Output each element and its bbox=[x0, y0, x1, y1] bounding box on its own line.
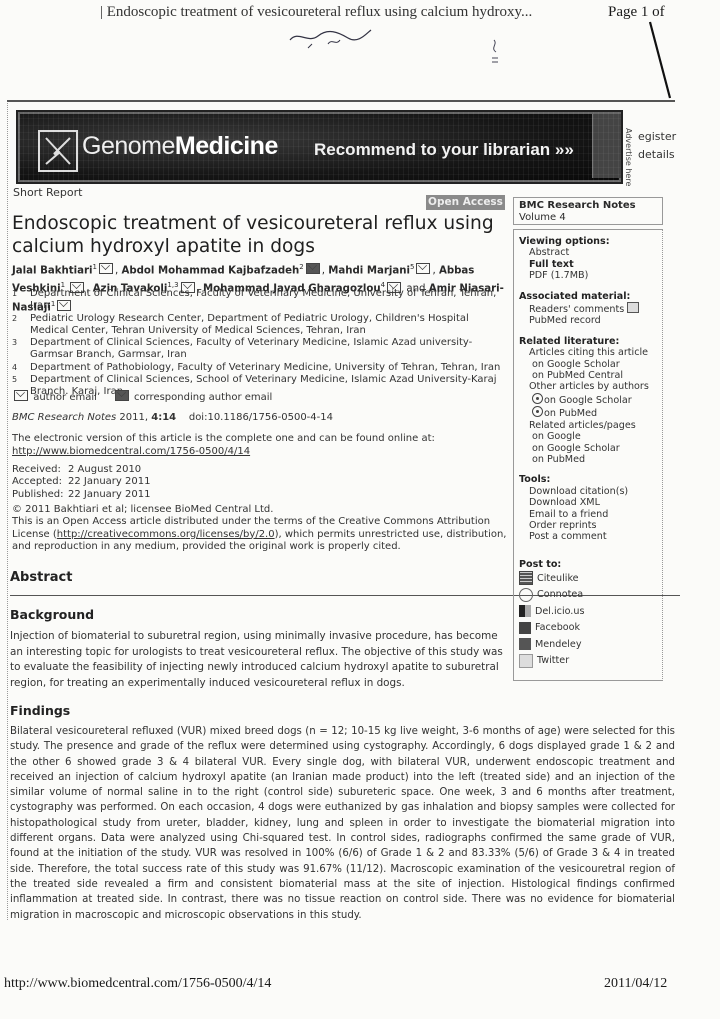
background-heading: Background bbox=[10, 607, 94, 622]
post-to-heading: Post to: bbox=[519, 559, 657, 570]
handwritten-slash bbox=[648, 20, 672, 100]
post-citeulike[interactable]: Citeulike bbox=[519, 570, 657, 587]
post-connotea[interactable]: Connotea bbox=[519, 587, 657, 604]
post-facebook[interactable]: Facebook bbox=[519, 620, 657, 637]
expand-circle-icon bbox=[532, 393, 543, 404]
other-articles-label: Other articles by authors bbox=[519, 381, 657, 392]
affiliation-list: 1Department of Clinical Sciences, Facult… bbox=[12, 288, 507, 399]
article-dates: Received:2 August 2010 Accepted:22 Janua… bbox=[12, 464, 150, 501]
post-comment-link[interactable]: Post a comment bbox=[519, 531, 657, 542]
related-google-scholar-link[interactable]: on Google Scholar bbox=[519, 443, 657, 454]
author-name[interactable]: Jalal Bakhtiari bbox=[12, 265, 93, 276]
abstract-heading: Abstract bbox=[10, 570, 72, 585]
post-twitter[interactable]: Twitter bbox=[519, 653, 657, 670]
viewing-options-heading: Viewing options: bbox=[519, 236, 657, 247]
citing-pmc-link[interactable]: on PubMed Central bbox=[519, 370, 657, 381]
advertise-here-label[interactable]: Advertise here bbox=[624, 128, 633, 186]
genome-medicine-logo-icon bbox=[38, 130, 78, 172]
facebook-icon bbox=[519, 622, 531, 634]
citeulike-icon bbox=[519, 571, 533, 585]
print-header: | Endoscopic treatment of vesicoureteral… bbox=[0, 4, 720, 26]
findings-text: Bilateral vesicoureteral refluxed (VUR) … bbox=[10, 724, 675, 923]
twitter-icon bbox=[519, 654, 533, 668]
authors-pubmed-link[interactable]: on PubMed bbox=[519, 406, 657, 419]
top-rule bbox=[7, 100, 675, 102]
post-mendeley[interactable]: Mendeley bbox=[519, 636, 657, 653]
author-email-icon[interactable] bbox=[99, 263, 113, 274]
affiliation-item: 2Pediatric Urology Research Center, Depa… bbox=[12, 313, 507, 338]
doi: doi:10.1186/1756-0500-4-14 bbox=[189, 412, 333, 423]
tools-heading: Tools: bbox=[519, 474, 657, 485]
related-pubmed-link[interactable]: on PubMed bbox=[519, 454, 657, 465]
findings-heading: Findings bbox=[10, 703, 70, 718]
print-header-page: Page 1 of bbox=[608, 4, 665, 21]
side-links: egister details bbox=[638, 128, 676, 164]
related-literature-heading: Related literature: bbox=[519, 336, 657, 347]
electronic-version-note: The electronic version of this article i… bbox=[12, 433, 435, 458]
author-email-icon[interactable] bbox=[416, 263, 430, 274]
email-friend-link[interactable]: Email to a friend bbox=[519, 509, 657, 520]
author-name[interactable]: Abdol Mohammad Kajbafzadeh bbox=[121, 265, 299, 276]
print-header-title: | Endoscopic treatment of vesicoureteral… bbox=[100, 4, 532, 21]
affiliation-item: 1Department of Clinical Sciences, Facult… bbox=[12, 288, 507, 313]
comment-icon bbox=[627, 302, 639, 313]
citing-google-scholar-link[interactable]: on Google Scholar bbox=[519, 359, 657, 370]
print-footer-date: 2011/04/12 bbox=[604, 976, 667, 992]
related-pages-label: Related articles/pages bbox=[519, 420, 657, 431]
author-name[interactable]: Mahdi Marjani bbox=[328, 265, 410, 276]
print-footer-url: http://www.biomedcentral.com/1756-0500/4… bbox=[4, 976, 271, 992]
register-link[interactable]: egister bbox=[638, 128, 676, 146]
author-email-icon bbox=[14, 390, 28, 401]
corresponding-email-icon[interactable] bbox=[306, 263, 320, 274]
journal-link[interactable]: BMC Research Notes bbox=[519, 200, 636, 211]
sidebar: Viewing options: Abstract Full text PDF … bbox=[513, 229, 663, 681]
banner-brand: GenomeMedicine bbox=[82, 132, 278, 161]
handwritten-annotation bbox=[288, 26, 373, 54]
delicious-icon bbox=[519, 605, 531, 617]
open-access-badge: Open Access bbox=[426, 195, 505, 210]
handwritten-mark bbox=[488, 38, 502, 66]
email-legend: author email corresponding author email bbox=[12, 390, 272, 403]
connotea-icon bbox=[519, 588, 533, 602]
download-xml-link[interactable]: Download XML bbox=[519, 497, 657, 508]
expand-circle-icon bbox=[532, 406, 543, 417]
authors-google-scholar-link[interactable]: on Google Scholar bbox=[519, 393, 657, 406]
affiliation-item: 3Department of Clinical Sciences, Facult… bbox=[12, 337, 507, 362]
journal-volume-box: BMC Research Notes Volume 4 bbox=[513, 197, 663, 225]
mendeley-icon bbox=[519, 638, 531, 650]
corresponding-email-icon bbox=[115, 390, 129, 401]
background-text: Injection of biomaterial to suburetral r… bbox=[10, 629, 508, 691]
pdf-link[interactable]: PDF (1.7MB) bbox=[519, 270, 657, 281]
recommend-librarian-link[interactable]: Recommend to your librarian »» bbox=[314, 140, 574, 160]
genome-medicine-banner[interactable]: GenomeMedicine Recommend to your librari… bbox=[16, 110, 623, 184]
readers-comments-link[interactable]: Readers' comments bbox=[519, 302, 657, 315]
pubmed-record-link[interactable]: PubMed record bbox=[519, 315, 657, 326]
affiliation-item: 4Department of Pathobiology, Faculty of … bbox=[12, 362, 507, 374]
license-link[interactable]: http://creativecommons.org/licenses/by/2… bbox=[57, 529, 275, 540]
details-link[interactable]: details bbox=[638, 146, 676, 164]
article-url-link[interactable]: http://www.biomedcentral.com/1756-0500/4… bbox=[12, 446, 435, 459]
download-citation-link[interactable]: Download citation(s) bbox=[519, 486, 657, 497]
abstract-link[interactable]: Abstract bbox=[519, 247, 657, 258]
article-title: Endoscopic treatment of vesicoureteral r… bbox=[12, 212, 507, 258]
associated-material-heading: Associated material: bbox=[519, 291, 657, 302]
citing-articles-label: Articles citing this article bbox=[519, 347, 657, 358]
banner-corner-image bbox=[592, 114, 621, 178]
related-google-link[interactable]: on Google bbox=[519, 431, 657, 442]
order-reprints-link[interactable]: Order reprints bbox=[519, 520, 657, 531]
full-text-link[interactable]: Full text bbox=[519, 259, 657, 270]
volume-link[interactable]: Volume 4 bbox=[519, 212, 657, 224]
article-type: Short Report bbox=[13, 186, 82, 199]
citation-line: BMC Research Notes 2011, 4:14 doi:10.118… bbox=[12, 412, 333, 423]
license-text: © 2011 Bakhtiari et al; licensee BioMed … bbox=[12, 504, 507, 553]
post-delicious[interactable]: Del.icio.us bbox=[519, 603, 657, 620]
